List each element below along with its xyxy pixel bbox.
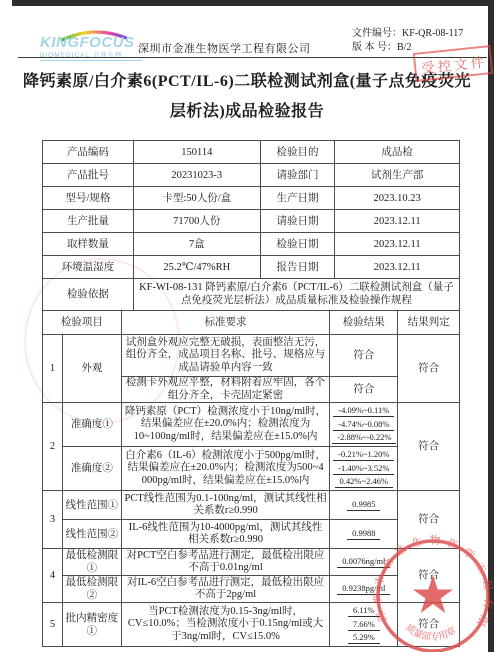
- cell-label: 生产批量: [43, 210, 134, 233]
- result-judgment: 符合: [398, 603, 460, 647]
- test-result: 0.9988: [330, 520, 398, 549]
- table-row: 线性范围② IL-6线性范围为10-4000pg/ml，测试其线性相关系数r≥0…: [43, 520, 460, 549]
- table-row: 5 批内精密度① 当PCT检测浓度为0.15-3ng/ml时，CV≤10.0%；…: [43, 603, 460, 647]
- result-value: -4.09%~0.11%: [333, 405, 394, 417]
- column-header-item: 检验项目: [43, 311, 122, 335]
- cell-label: 检验目的: [260, 141, 335, 164]
- cell-label: 环境温湿度: [43, 256, 134, 279]
- result-judgment: 符合: [398, 549, 460, 603]
- inspection-results-table: 检验项目 标准要求 检验结果 结果判定 1 外观 试剂盒外观应完整无破损，表面整…: [42, 310, 460, 647]
- cell-value: 2023.12.11: [335, 233, 460, 256]
- test-result: 0.0076ng/ml: [330, 549, 398, 576]
- doc-no-label: 文件编号：: [352, 28, 402, 39]
- cell-label: 产品批号: [43, 164, 134, 187]
- item-name: 线性范围①: [63, 491, 122, 520]
- version-label: 版 本 号：: [352, 42, 397, 53]
- cell-label: 产品编码: [43, 141, 134, 164]
- result-value: 符合: [332, 384, 395, 395]
- item-name: 外观: [63, 335, 122, 403]
- item-number: 1: [43, 335, 63, 403]
- cell-value: 2023.12.11: [335, 256, 460, 279]
- item-name: 准确度①: [63, 403, 122, 447]
- results-header-row: 检验项目 标准要求 检验结果 结果判定: [43, 311, 460, 335]
- column-header-standard: 标准要求: [121, 311, 330, 335]
- logo-brand-text: KINGFOCUS: [40, 35, 142, 50]
- report-title-line2: 层析法)成品检验报告: [0, 98, 494, 121]
- result-value: 0.42%~2.46%: [335, 476, 394, 488]
- item-number: 3: [43, 491, 63, 549]
- table-row: 产品编码 150114 检验目的 成品检: [43, 141, 460, 164]
- cell-label: 生产日期: [260, 187, 335, 210]
- product-info-table: 产品编码 150114 检验目的 成品检 产品批号 20231023-3 请验部…: [42, 140, 460, 311]
- standard-requirement: IL-6线性范围为10-4000pg/ml，测试其线性相关系数r≥0.990: [121, 520, 330, 549]
- result-judgment: 符合: [398, 403, 460, 491]
- result-value: 0.9988: [347, 528, 380, 540]
- table-row: 4 最低检测限① 对PCT空白参考品进行测定，最低检出限应不高于0.01ng/m…: [43, 549, 460, 576]
- table-row: 产品批号 20231023-3 请验部门 试剂生产部: [43, 164, 460, 187]
- item-number: 5: [43, 603, 63, 647]
- table-row: 最低检测限② 对IL-6空白参考品进行测定，最低检出限应不高于2pg/ml 0.…: [43, 576, 460, 603]
- table-row: 环境温湿度 25.2℃/47%RH 报告日期 2023.12.11: [43, 256, 460, 279]
- column-header-result: 检验结果: [330, 311, 398, 335]
- test-result: -4.09%~0.11% -4.74%~0.08% -2.88%~-0.22%: [330, 403, 398, 447]
- table-row: 3 线性范围① PCT线性范围为0.1-100ng/ml，测试其线性相关系数r≥…: [43, 491, 460, 520]
- item-name: 最低检测限②: [63, 576, 122, 603]
- cell-label: 检验日期: [260, 233, 335, 256]
- standard-requirement: 降钙素原（PCT）检测浓度小于10ng/ml时，结果偏差应在±20.0%内；检测…: [121, 403, 330, 447]
- table-row: 1 外观 试剂盒外观应完整无破损，表面整洁无污，组份齐全，成品项目名称、批号、规…: [43, 335, 460, 377]
- result-value: 7.66%: [348, 619, 380, 631]
- cell-label: 请验部门: [260, 164, 335, 187]
- inspection-basis-value: KF-WI-08-131 降钙素原/白介素6（PCT/IL-6）二联检测试剂盒（…: [133, 279, 459, 311]
- standard-requirement: PCT线性范围为0.1-100ng/ml，测试其线性相关系数r≥0.990: [121, 491, 330, 520]
- table-row: 生产批量 71700人份 请验日期 2023.12.11: [43, 210, 460, 233]
- version-value: B/2: [397, 42, 411, 53]
- result-judgment: 符合: [398, 335, 460, 403]
- result-value: 6.11%: [348, 605, 380, 617]
- cell-value: 20231023-3: [133, 164, 260, 187]
- column-header-judgment: 结果判定: [398, 311, 460, 335]
- inspection-basis-row: 检验依据 KF-WI-08-131 降钙素原/白介素6（PCT/IL-6）二联检…: [43, 279, 460, 311]
- item-number: 2: [43, 403, 63, 491]
- result-value: 0.9238pg/ml: [337, 583, 390, 595]
- logo-sub-text: BIOMEDICAL 金准生物: [40, 50, 142, 61]
- cell-value: 试剂生产部: [335, 164, 460, 187]
- cell-value: 成品检: [335, 141, 460, 164]
- cell-label: 取样数量: [43, 233, 134, 256]
- doc-no-value: KF-QR-08-117: [402, 28, 463, 39]
- table-row: 2 准确度① 降钙素原（PCT）检测浓度小于10ng/ml时，结果偏差应在±20…: [43, 403, 460, 447]
- cell-value: 7盒: [133, 233, 260, 256]
- table-row: 型号/规格 卡型:50人份/盒 生产日期 2023.10.23: [43, 187, 460, 210]
- result-value: 符合: [332, 350, 395, 361]
- cell-label: 报告日期: [260, 256, 335, 279]
- table-row: 准确度② 白介素6（IL-6）检测浓度小于500pg/ml时，结果偏差应在±20…: [43, 447, 460, 491]
- scan-edge-top: [12, 0, 494, 6]
- cell-label: 检验依据: [43, 279, 134, 311]
- test-result: 0.9985: [330, 491, 398, 520]
- result-value: 0.9985: [347, 499, 380, 511]
- result-value: 5.29%: [348, 632, 380, 644]
- cell-value: 150114: [133, 141, 260, 164]
- test-result: 0.9238pg/ml: [330, 576, 398, 603]
- standard-requirement: 当PCT检测浓度为0.15-3ng/ml时，CV≤10.0%；当检测浓度小于0.…: [121, 603, 330, 647]
- item-number: 4: [43, 549, 63, 603]
- company-name: 深圳市金准生物医学工程有限公司: [138, 40, 311, 56]
- item-name: 准确度②: [63, 447, 122, 491]
- test-result: 符合: [330, 377, 398, 403]
- test-result: 符合: [330, 335, 398, 377]
- cell-label: 型号/规格: [43, 187, 134, 210]
- result-judgment: 符合: [398, 491, 460, 549]
- item-name: 最低检测限①: [63, 549, 122, 576]
- cell-value: 2023.12.11: [335, 210, 460, 233]
- standard-requirement: 白介素6（IL-6）检测浓度小于500pg/ml时，结果偏差应在±20.0%内；…: [121, 447, 330, 491]
- result-value: -1.40%~3.52%: [333, 463, 394, 475]
- cell-value: 25.2℃/47%RH: [133, 256, 260, 279]
- standard-requirement: 试剂盒外观应完整无破损，表面整洁无污，组份齐全，成品项目名称、批号、规格应与成品…: [121, 335, 330, 377]
- doc-no-line: 文件编号：KF-QR-08-117: [352, 27, 463, 41]
- test-result: -0.21%~1.20% -1.40%~3.52% 0.42%~2.46%: [330, 447, 398, 491]
- cell-value: 2023.10.23: [335, 187, 460, 210]
- result-value: -0.21%~1.20%: [333, 449, 394, 461]
- item-name: 线性范围②: [63, 520, 122, 549]
- result-value: -2.88%~-0.22%: [332, 432, 396, 444]
- result-value: -4.74%~0.08%: [333, 419, 394, 431]
- test-result: 6.11% 7.66% 5.29%: [330, 603, 398, 647]
- cell-value: 卡型:50人份/盒: [133, 187, 260, 210]
- table-row: 取样数量 7盒 检验日期 2023.12.11: [43, 233, 460, 256]
- cell-label: 请验日期: [260, 210, 335, 233]
- standard-requirement: 对PCT空白参考品进行测定，最低检出限应不高于0.01ng/ml: [121, 549, 330, 576]
- standard-requirement: 对IL-6空白参考品进行测定，最低检出限应不高于2pg/ml: [121, 576, 330, 603]
- standard-requirement: 检测卡外观应平整，材料附着应牢固，各个组分齐全，卡壳固定紧密: [121, 377, 330, 403]
- cell-value: 71700人份: [133, 210, 260, 233]
- item-name: 批内精密度①: [63, 603, 122, 647]
- result-value: 0.0076ng/ml: [337, 556, 390, 568]
